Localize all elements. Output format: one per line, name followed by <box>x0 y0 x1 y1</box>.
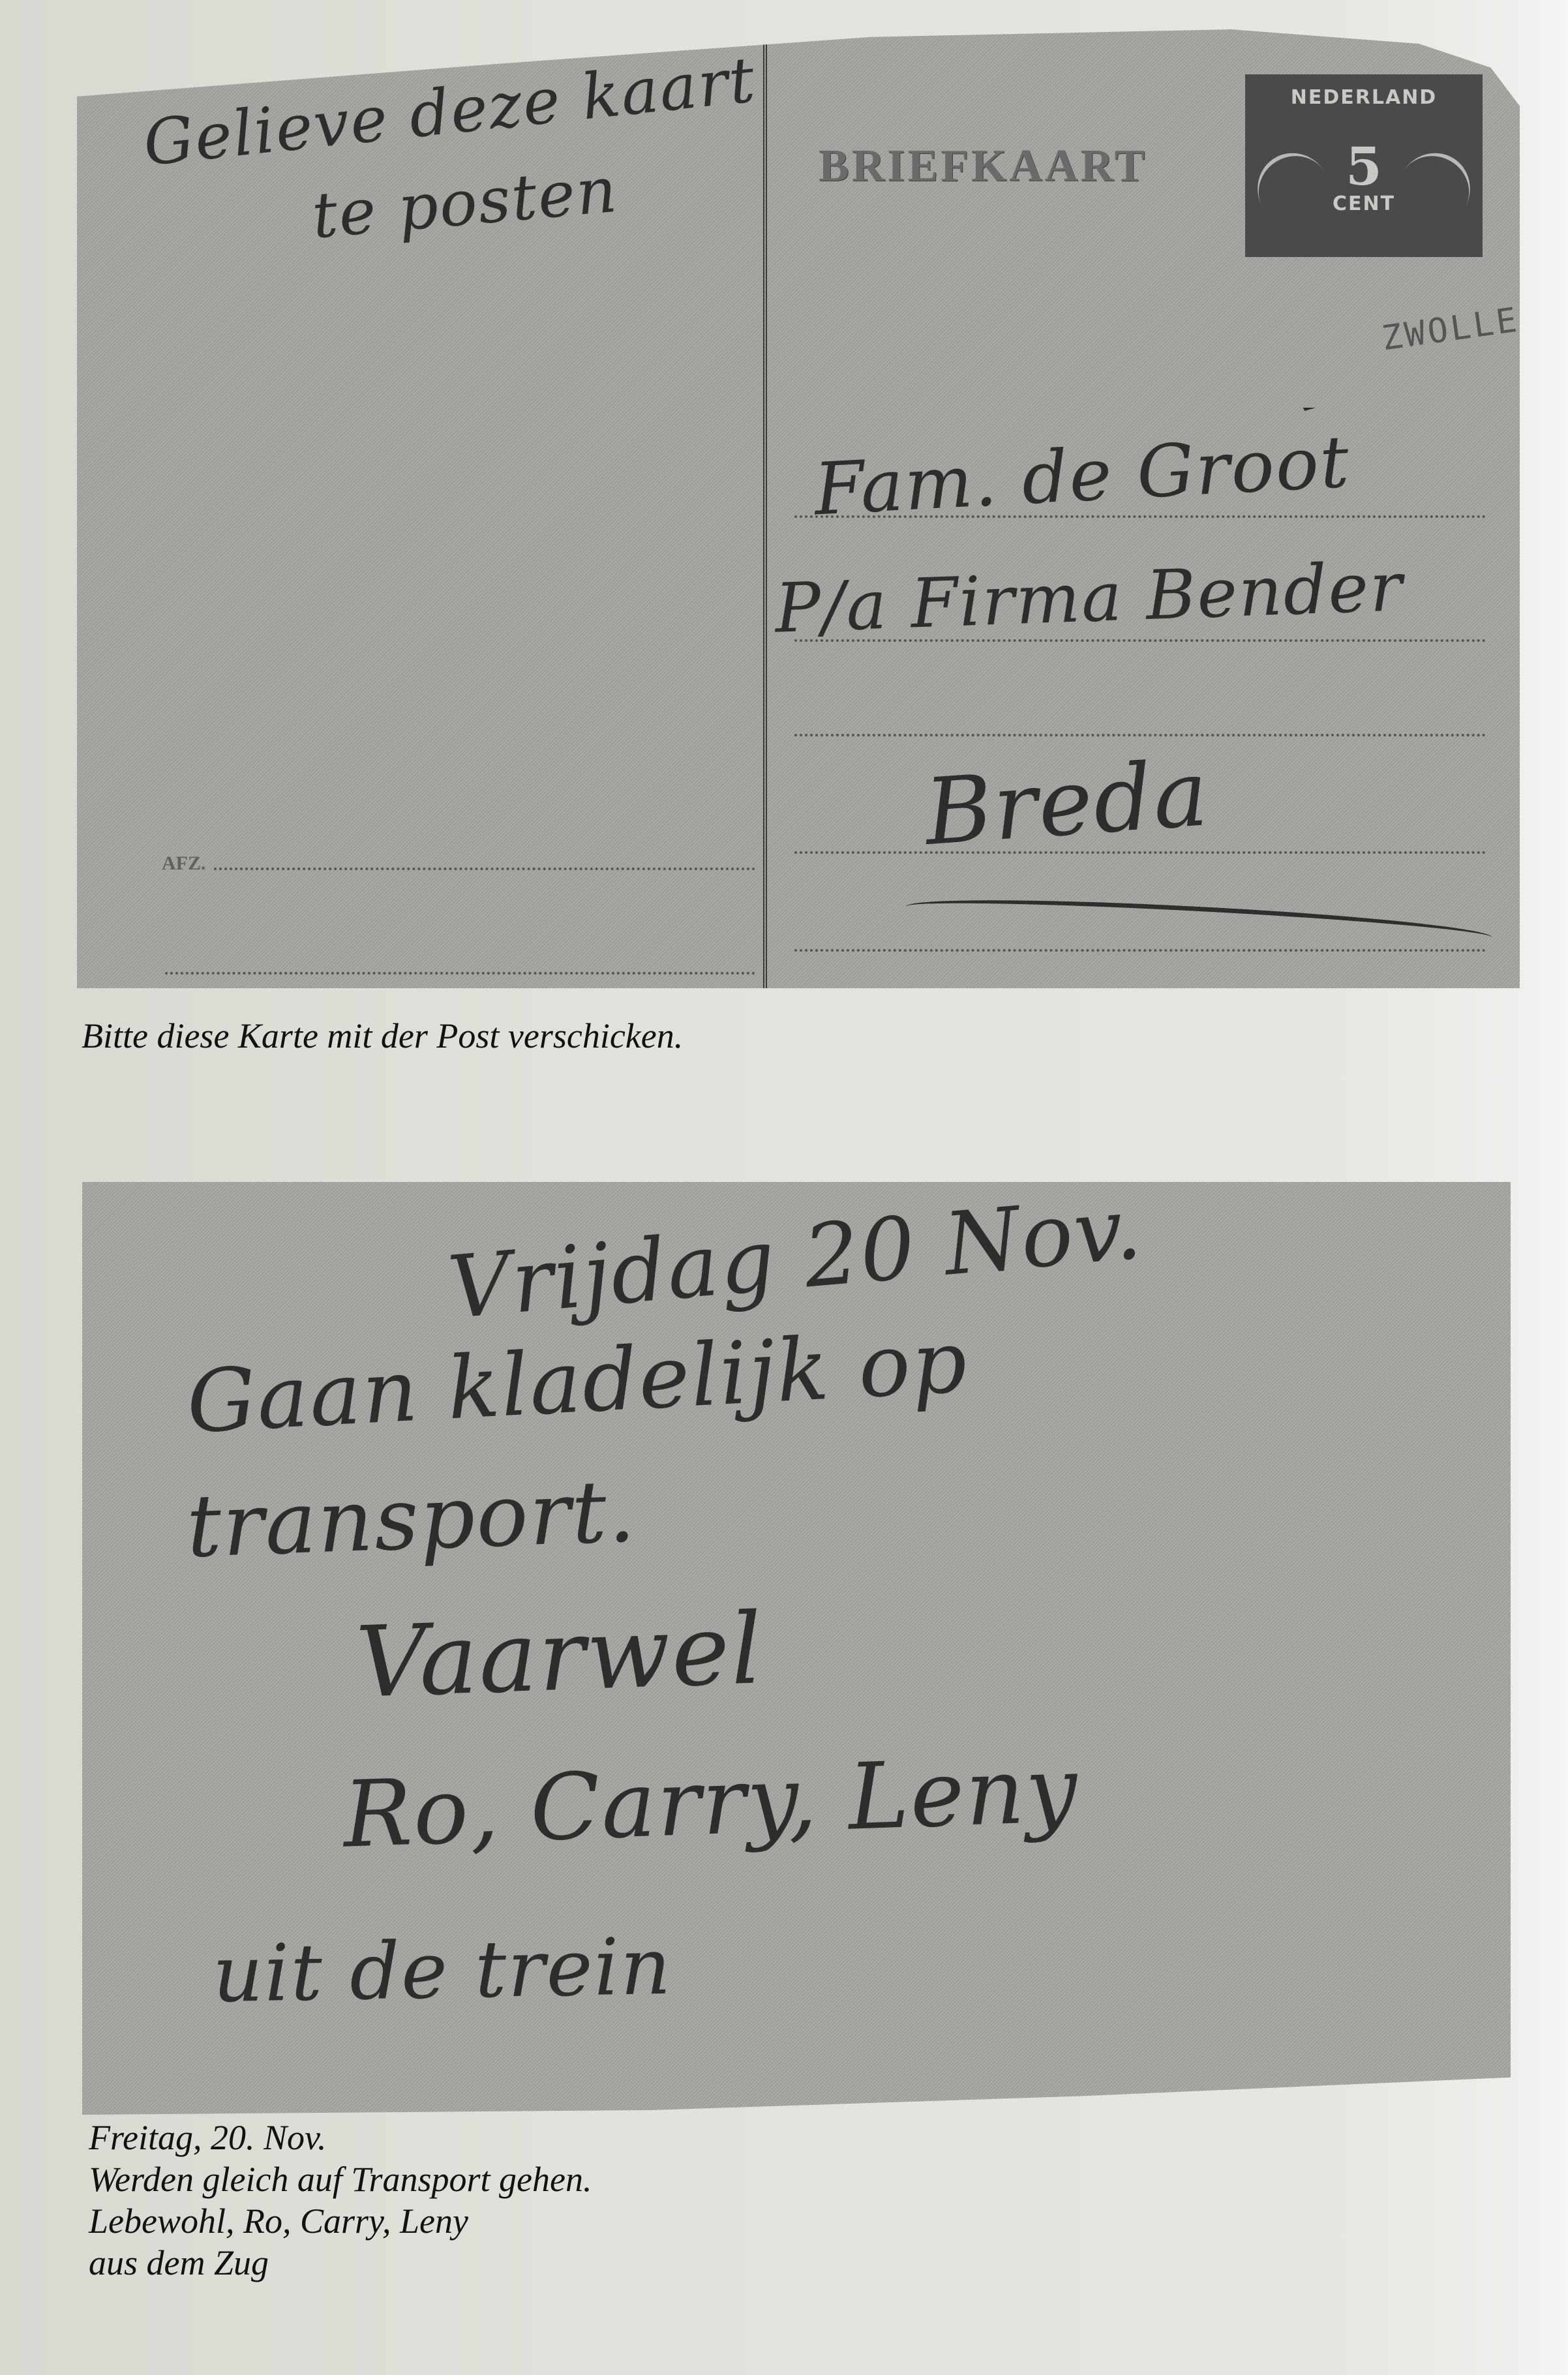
book-page-edge <box>1529 0 1568 2375</box>
address-city: Breda <box>922 740 1213 866</box>
sender-line-2-rule <box>165 972 755 975</box>
postcard-front-image: Gelieve deze kaart te posten BRIEFKAART … <box>77 29 1520 988</box>
postmark-frame <box>1264 91 1568 411</box>
card-center-divider <box>763 29 767 988</box>
message-line-signatures: Ro, Carry, Leny <box>341 1736 1080 1868</box>
message-line-farewell: Vaarwel <box>354 1592 765 1720</box>
address-line-4-rule <box>794 851 1486 854</box>
sender-line-rule <box>214 868 755 870</box>
caption-line-4: aus dem Zug <box>89 2242 592 2284</box>
handwritten-note-line-1: Gelieve deze kaart <box>140 43 759 180</box>
message-line-date: Vrijdag 20 Nov. <box>444 1178 1146 1339</box>
caption-line-date: Freitag, 20. Nov. <box>89 2117 592 2158</box>
address-line-3-rule <box>794 734 1486 736</box>
briefkaart-printed-title: BRIEFKAART <box>819 140 1147 192</box>
address-care-of: P/a Firma Bender <box>774 547 1404 648</box>
caption-postcard-message: Freitag, 20. Nov. Werden gleich auf Tran… <box>89 2117 592 2284</box>
handwritten-note-line-2: te posten <box>309 153 621 253</box>
address-underline-stroke <box>905 891 1492 952</box>
caption-line-2: Werden gleich auf Transport gehen. <box>89 2158 592 2200</box>
postcard-message-image: Vrijdag 20 Nov. Gaan kladelijk op transp… <box>82 1182 1511 2115</box>
message-line-2: Gaan kladelijk op <box>185 1312 971 1453</box>
caption-line-3: Lebewohl, Ro, Carry, Leny <box>89 2200 592 2242</box>
address-line-5-rule <box>794 949 1486 952</box>
message-line-3: transport. <box>185 1461 639 1577</box>
address-recipient: Fam. de Groot <box>812 420 1352 532</box>
message-line-closing: uit de trein <box>212 1922 673 2020</box>
caption-postcard-front: Bitte diese Karte mit der Post verschick… <box>82 1014 683 1057</box>
sender-label: AFZ. <box>162 853 206 875</box>
